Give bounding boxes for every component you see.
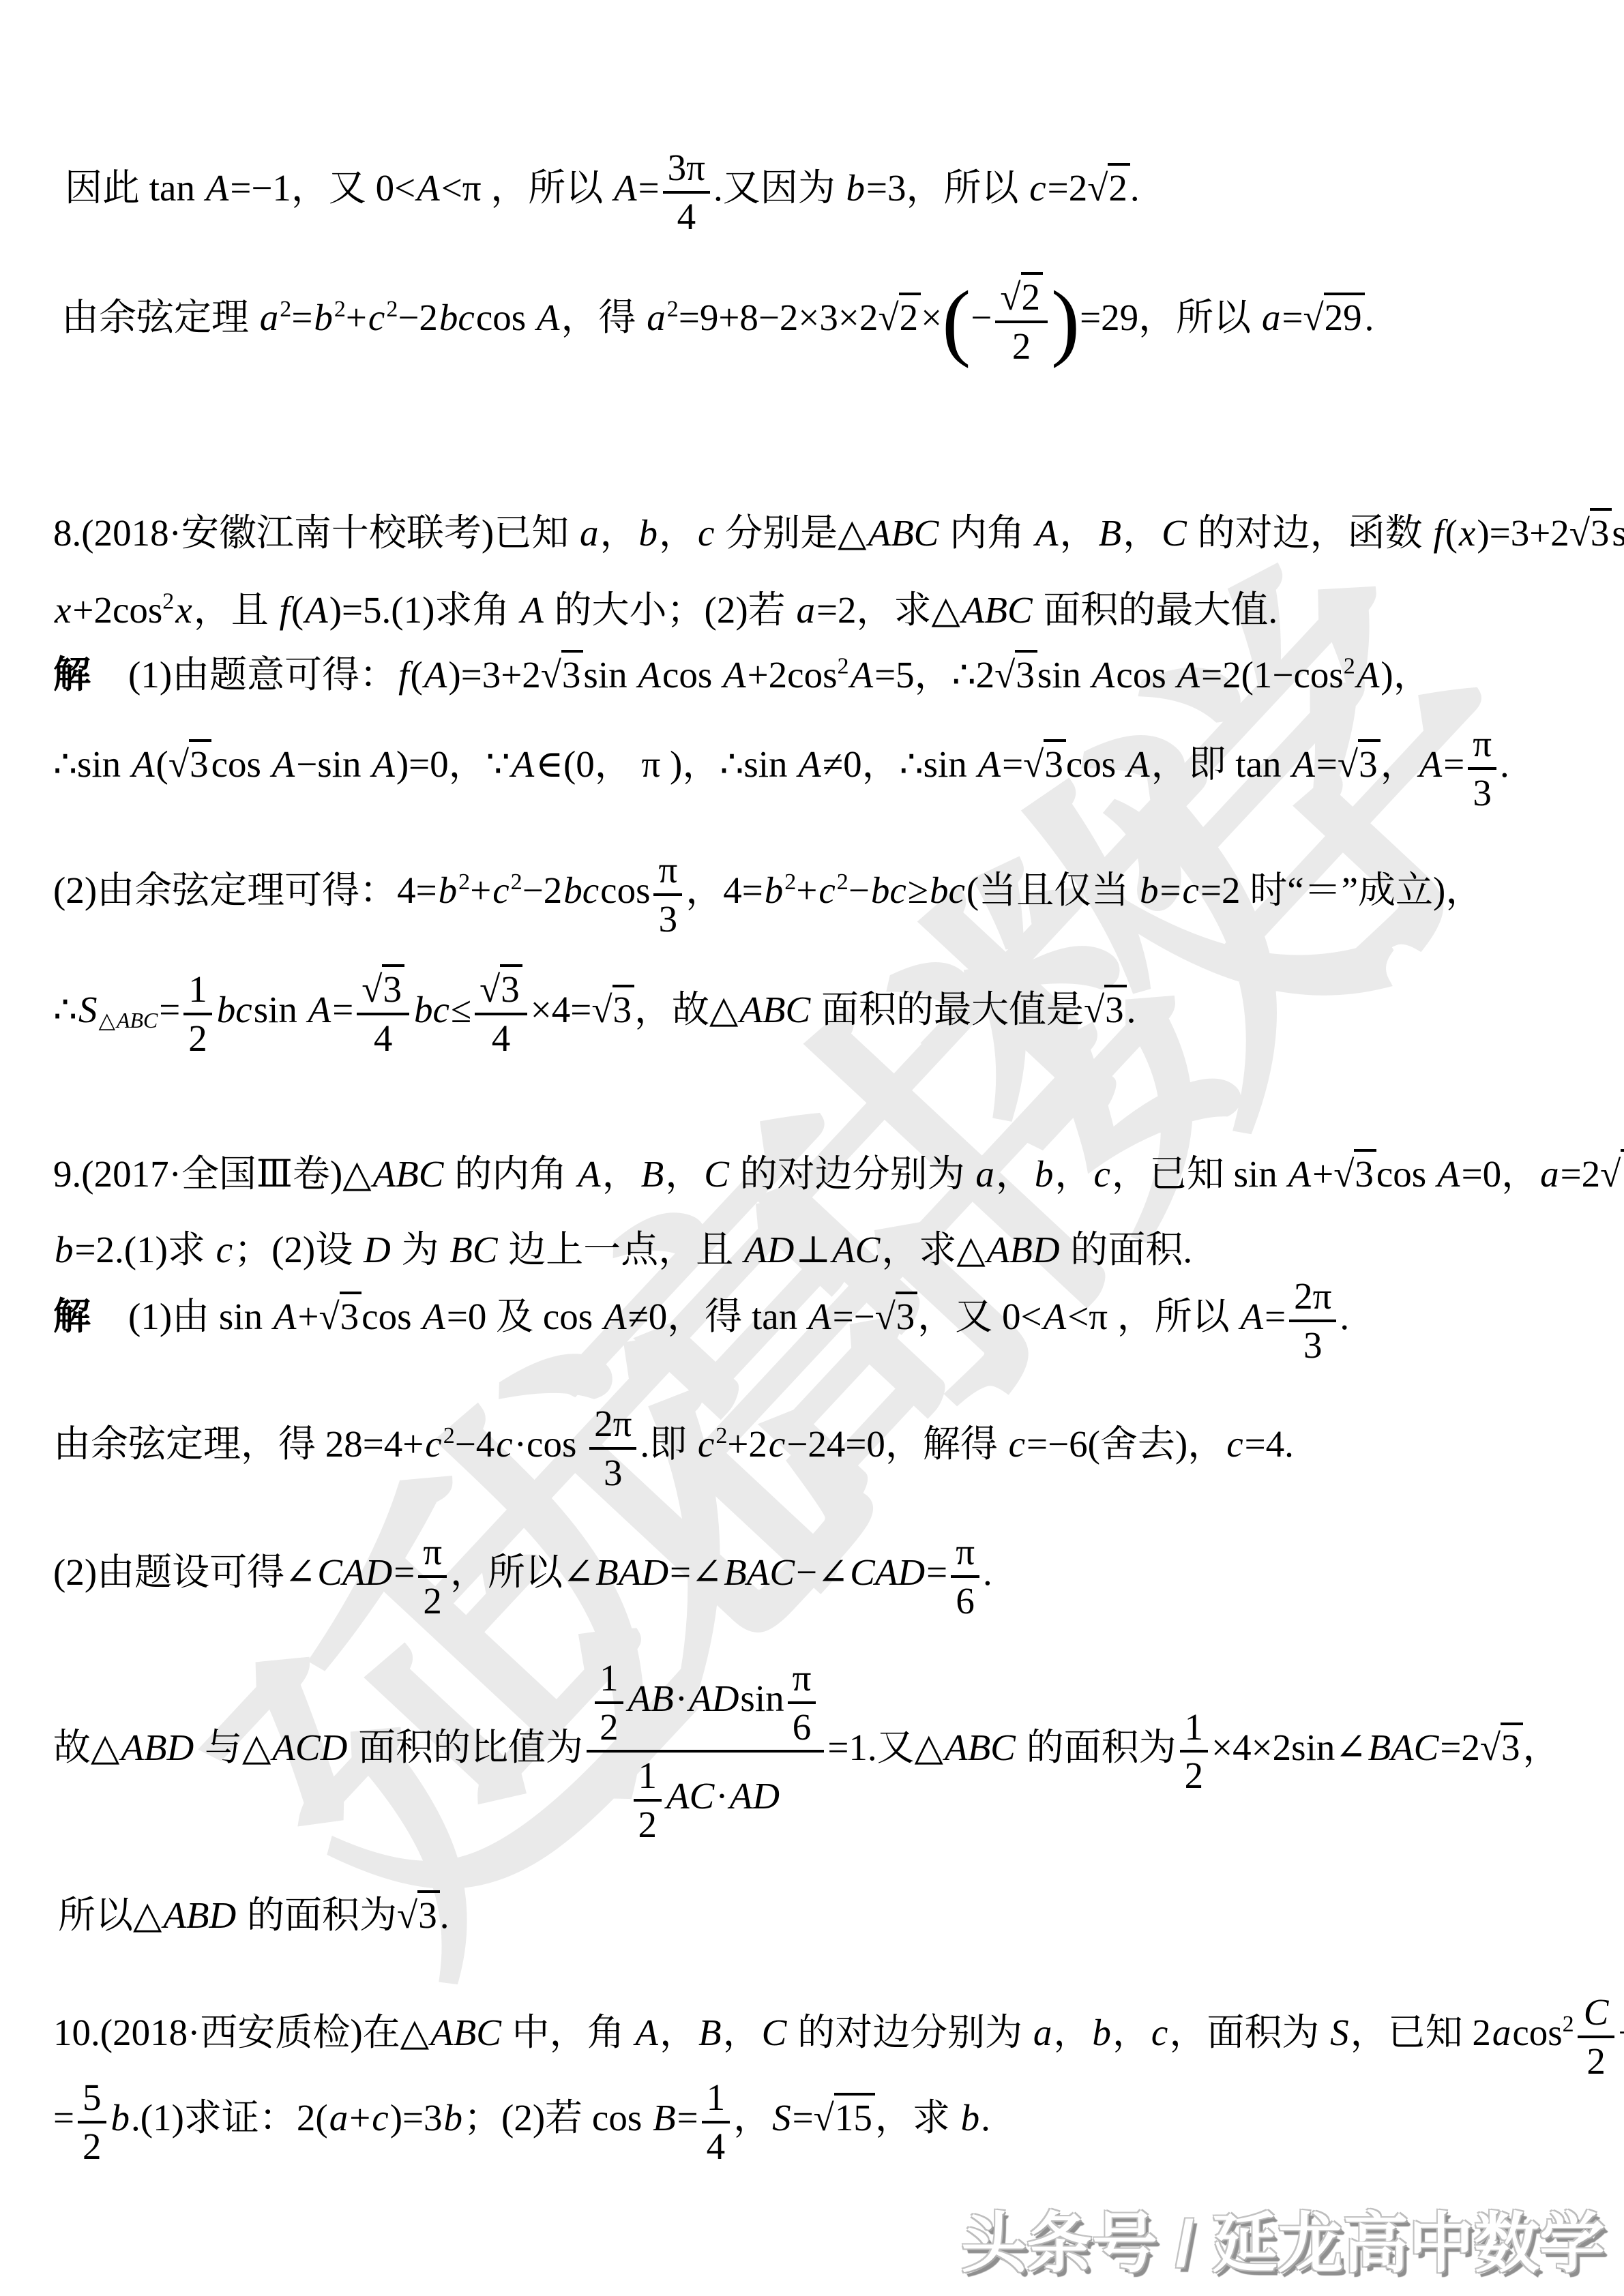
solution-9-final: 所以△ABD 的面积为√3.: [58, 1890, 449, 1941]
solution-9-part1: 解 (1)由 sin A+√3cos A=0 及 cos A≠0，得 tan A…: [53, 1275, 1349, 1366]
document-page: 延龙高中数学 因此 tan A=−1，又 0<A<π ，所以 A=3π4.又因为…: [0, 0, 1624, 2296]
solution-8-part1b: ∴sin A(√3cos A−sin A)=0，∵A∈(0， π )，∴sin …: [53, 723, 1509, 814]
brand-watermark: 头条号 / 延龙高中数学: [961, 2192, 1605, 2285]
solution-9-area-ratio: 故△ABD 与△ACD 面积的比值为12AB·ADsinπ612AC·AD=1.…: [53, 1657, 1561, 1845]
problem-8-line-1: 8.(2018·安徽江南十校联考)已知 a，b，c 分别是△ABC 内角 A，B…: [53, 508, 1624, 558]
solution-8-area-max: ∴S△ABC=12bcsin A=√34bc≤√34×4=√3，故△ABC 面积…: [53, 968, 1136, 1059]
solution-9-part2-angles: (2)由题设可得∠CAD=π2，所以∠BAD=∠BAC−∠CAD=π6.: [53, 1531, 992, 1622]
line-tanA-conclusion: 因此 tan A=−1，又 0<A<π ，所以 A=3π4.又因为 b=3，所以…: [65, 147, 1140, 237]
solution-8-part2: (2)由余弦定理可得：4=b2+c2−2bccosπ3，4=b2+c2−bc≥b…: [53, 849, 1483, 940]
line-cosine-rule-a: 由余弦定理 a2=b2+c2−2bccos A，得 a2=9+8−2×3×2√2…: [61, 276, 1374, 367]
document-body: 因此 tan A=−1，又 0<A<π ，所以 A=3π4.又因为 b=3，所以…: [0, 0, 1624, 2296]
solution-8-part1: 解 (1)由题意可得：f(A)=3+2√3sin Acos A+2cos2A=5…: [53, 649, 1431, 700]
problem-10-line-2: =52b.(1)求证：2(a+c)=3b；(2)若 cos B=14，S=√15…: [53, 2076, 990, 2167]
problem-10-line-1: 10.(2018·西安质检)在△ABC 中，角 A，B，C 的对边分别为 a，b…: [53, 1991, 1624, 2082]
problem-9-line-1: 9.(2017·全国Ⅲ卷)△ABC 的内角 A，B，C 的对边分别为 a，b，c…: [53, 1149, 1624, 1199]
solution-9-cosine: 由余弦定理，得 28=4+c2−4c·cos 2π3.即 c2+2c−24=0，…: [53, 1403, 1294, 1493]
problem-9-line-2: b=2.(1)求 c；(2)设 D 为 BC 边上一点，且 AD⊥AC，求△AB…: [53, 1225, 1192, 1275]
problem-8-line-2: x+2cos2x，且 f(A)=5.(1)求角 A 的大小；(2)若 a=2，求…: [53, 585, 1278, 636]
